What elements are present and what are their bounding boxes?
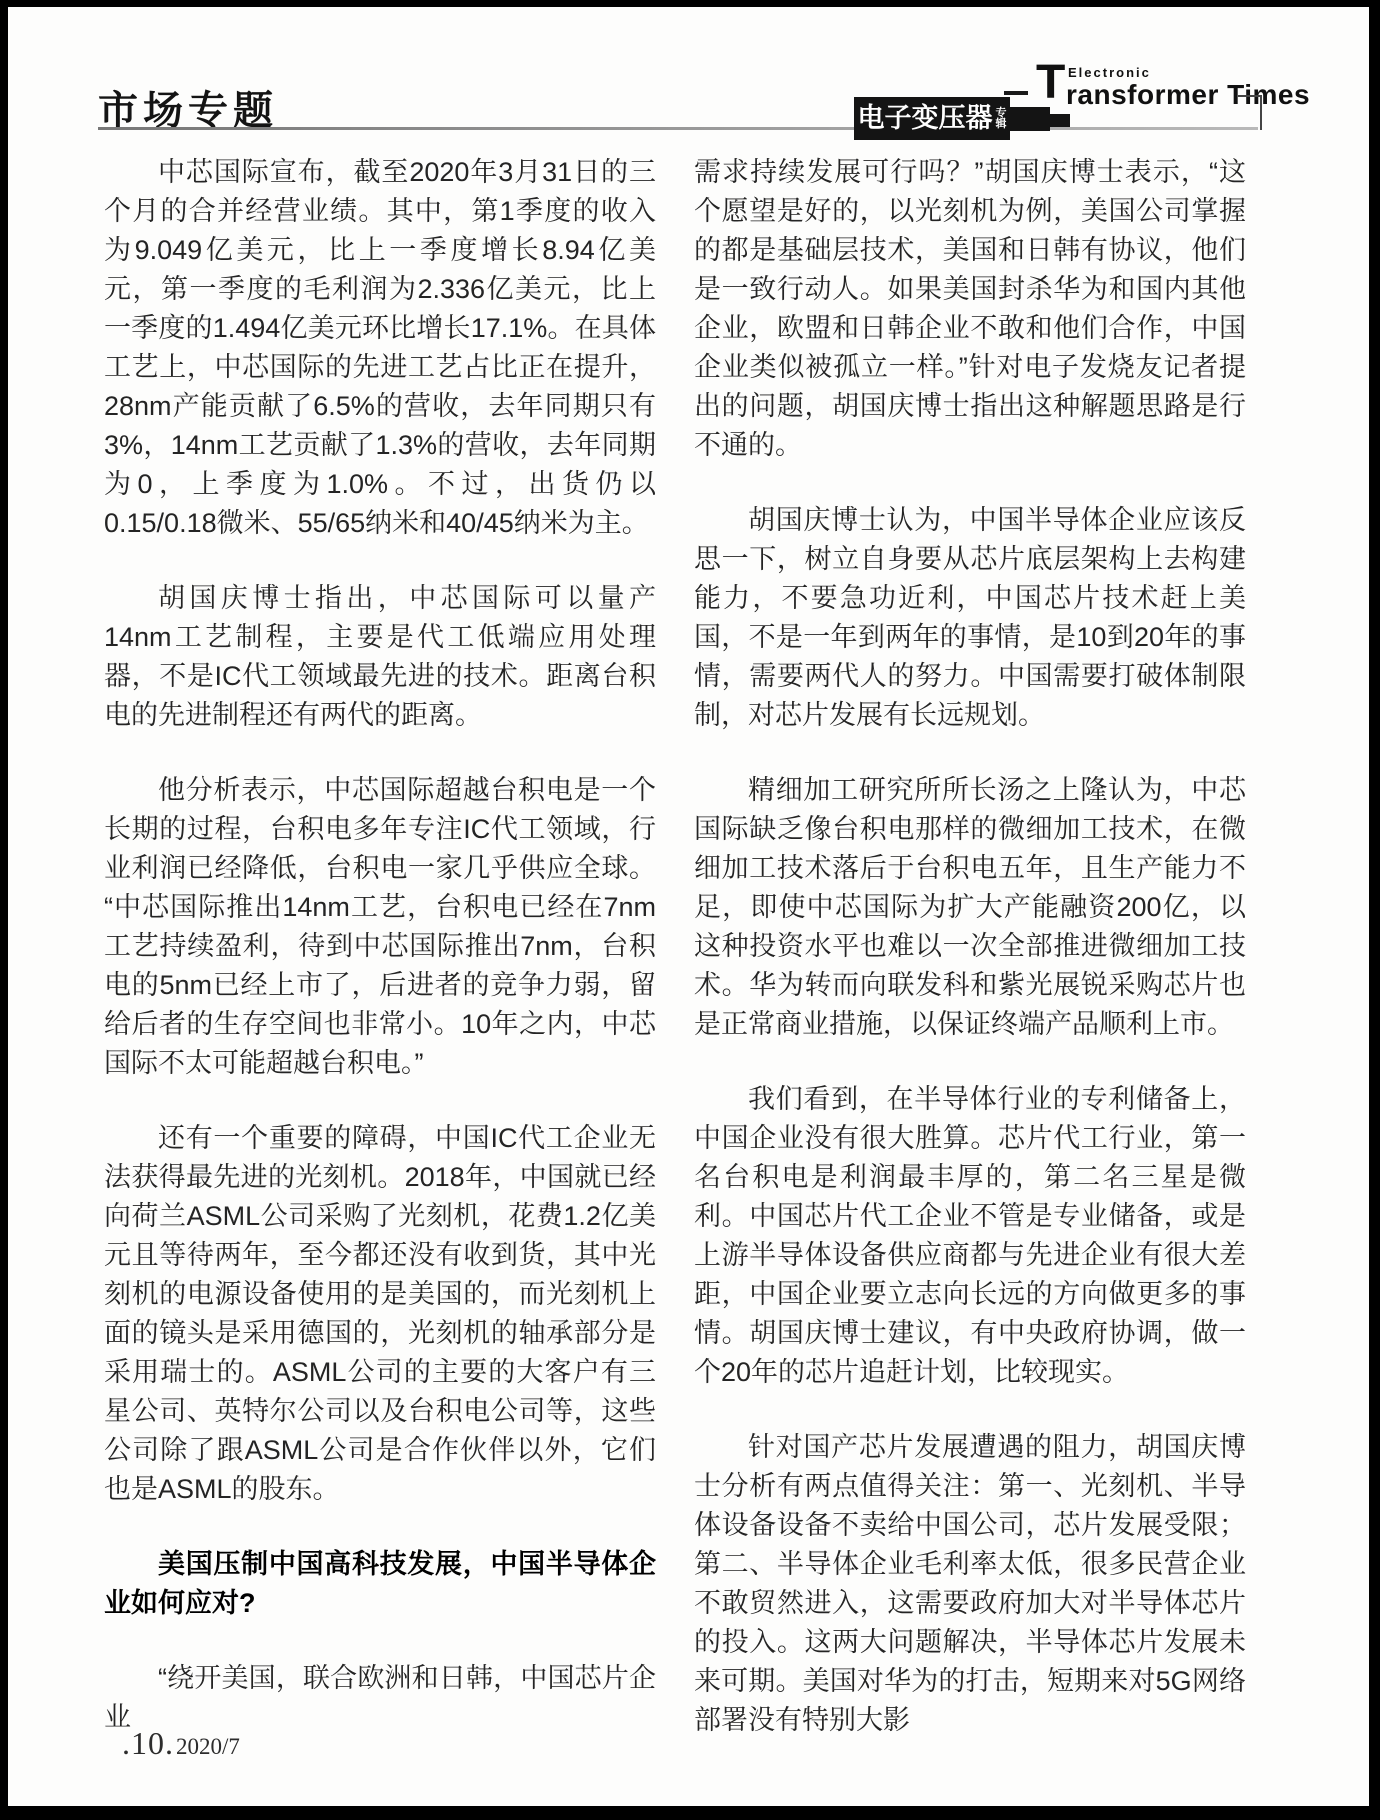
page-footer: .10.2020/7 [122, 1725, 240, 1762]
banner-electronic-transformer: 电子变压器 专 辑 [854, 97, 1010, 140]
paragraph: 他分析表示，中芯国际超越台积电是一个长期的过程，台积电多年专注IC代工领域，行业… [104, 771, 656, 1083]
logo-transformer-times-word: ransformer Times [1066, 79, 1310, 111]
banner-title: 电子变压器 [858, 105, 993, 132]
banner-step-decoration [1008, 107, 1050, 131]
banner-subtitle-bottom: 辑 [996, 119, 1007, 130]
logo-connector-horizontal [1238, 95, 1262, 97]
paragraph: 我们看到，在半导体行业的专利储备上，中国企业没有很大胜算。芯片代工行业，第一名台… [694, 1080, 1246, 1392]
logo-dash [1004, 91, 1028, 95]
article-column-left: 中芯国际宣布，截至2020年3月31日的三个月的合并经营业绩。其中，第1季度的收… [104, 153, 656, 1737]
banner-subtitle: 专 辑 [996, 108, 1007, 130]
header-rule [98, 127, 1258, 130]
banner-subtitle-top: 专 [996, 108, 1007, 119]
page-number: .10. [122, 1725, 174, 1761]
paragraph: 针对国产芯片发展遭遇的阻力，胡国庆博士分析有两点值得关注：第一、光刻机、半导体设… [694, 1428, 1246, 1740]
paragraph: 中芯国际宣布，截至2020年3月31日的三个月的合并经营业绩。其中，第1季度的收… [104, 153, 656, 543]
issue-label: 2020/7 [176, 1734, 240, 1759]
paragraph: 胡国庆博士指出，中芯国际可以量产14nm工艺制程，主要是代工低端应用处理器，不是… [104, 579, 656, 735]
paragraph: 胡国庆博士认为，中国半导体企业应该反思一下，树立自身要从芯片底层架构上去构建能力… [694, 501, 1246, 735]
paragraph: 精细加工研究所所长汤之上隆认为，中芯国际缺乏像台积电那样的微细加工技术，在微细加… [694, 771, 1246, 1044]
banner-step-decoration [1048, 114, 1070, 127]
logo-connector-vertical [1260, 95, 1262, 130]
logo-electronic-word: Electronic [1068, 65, 1151, 80]
article-column-right: 需求持续发展可行吗？”胡国庆博士表示，“这个愿望是好的，以光刻机为例，美国公司掌… [694, 153, 1246, 1740]
paragraph: 还有一个重要的障碍，中国IC代工企业无法获得最先进的光刻机。2018年，中国就已… [104, 1119, 656, 1509]
section-subhead: 美国压制中国高科技发展，中国半导体企业如何应对? [104, 1545, 656, 1623]
logo-t-initial: T [1036, 59, 1065, 107]
paragraph: 需求持续发展可行吗？”胡国庆博士表示，“这个愿望是好的，以光刻机为例，美国公司掌… [694, 153, 1246, 465]
magazine-page: 市场专题 电子变压器 专 辑 T Electronic ransformer T… [8, 7, 1369, 1806]
